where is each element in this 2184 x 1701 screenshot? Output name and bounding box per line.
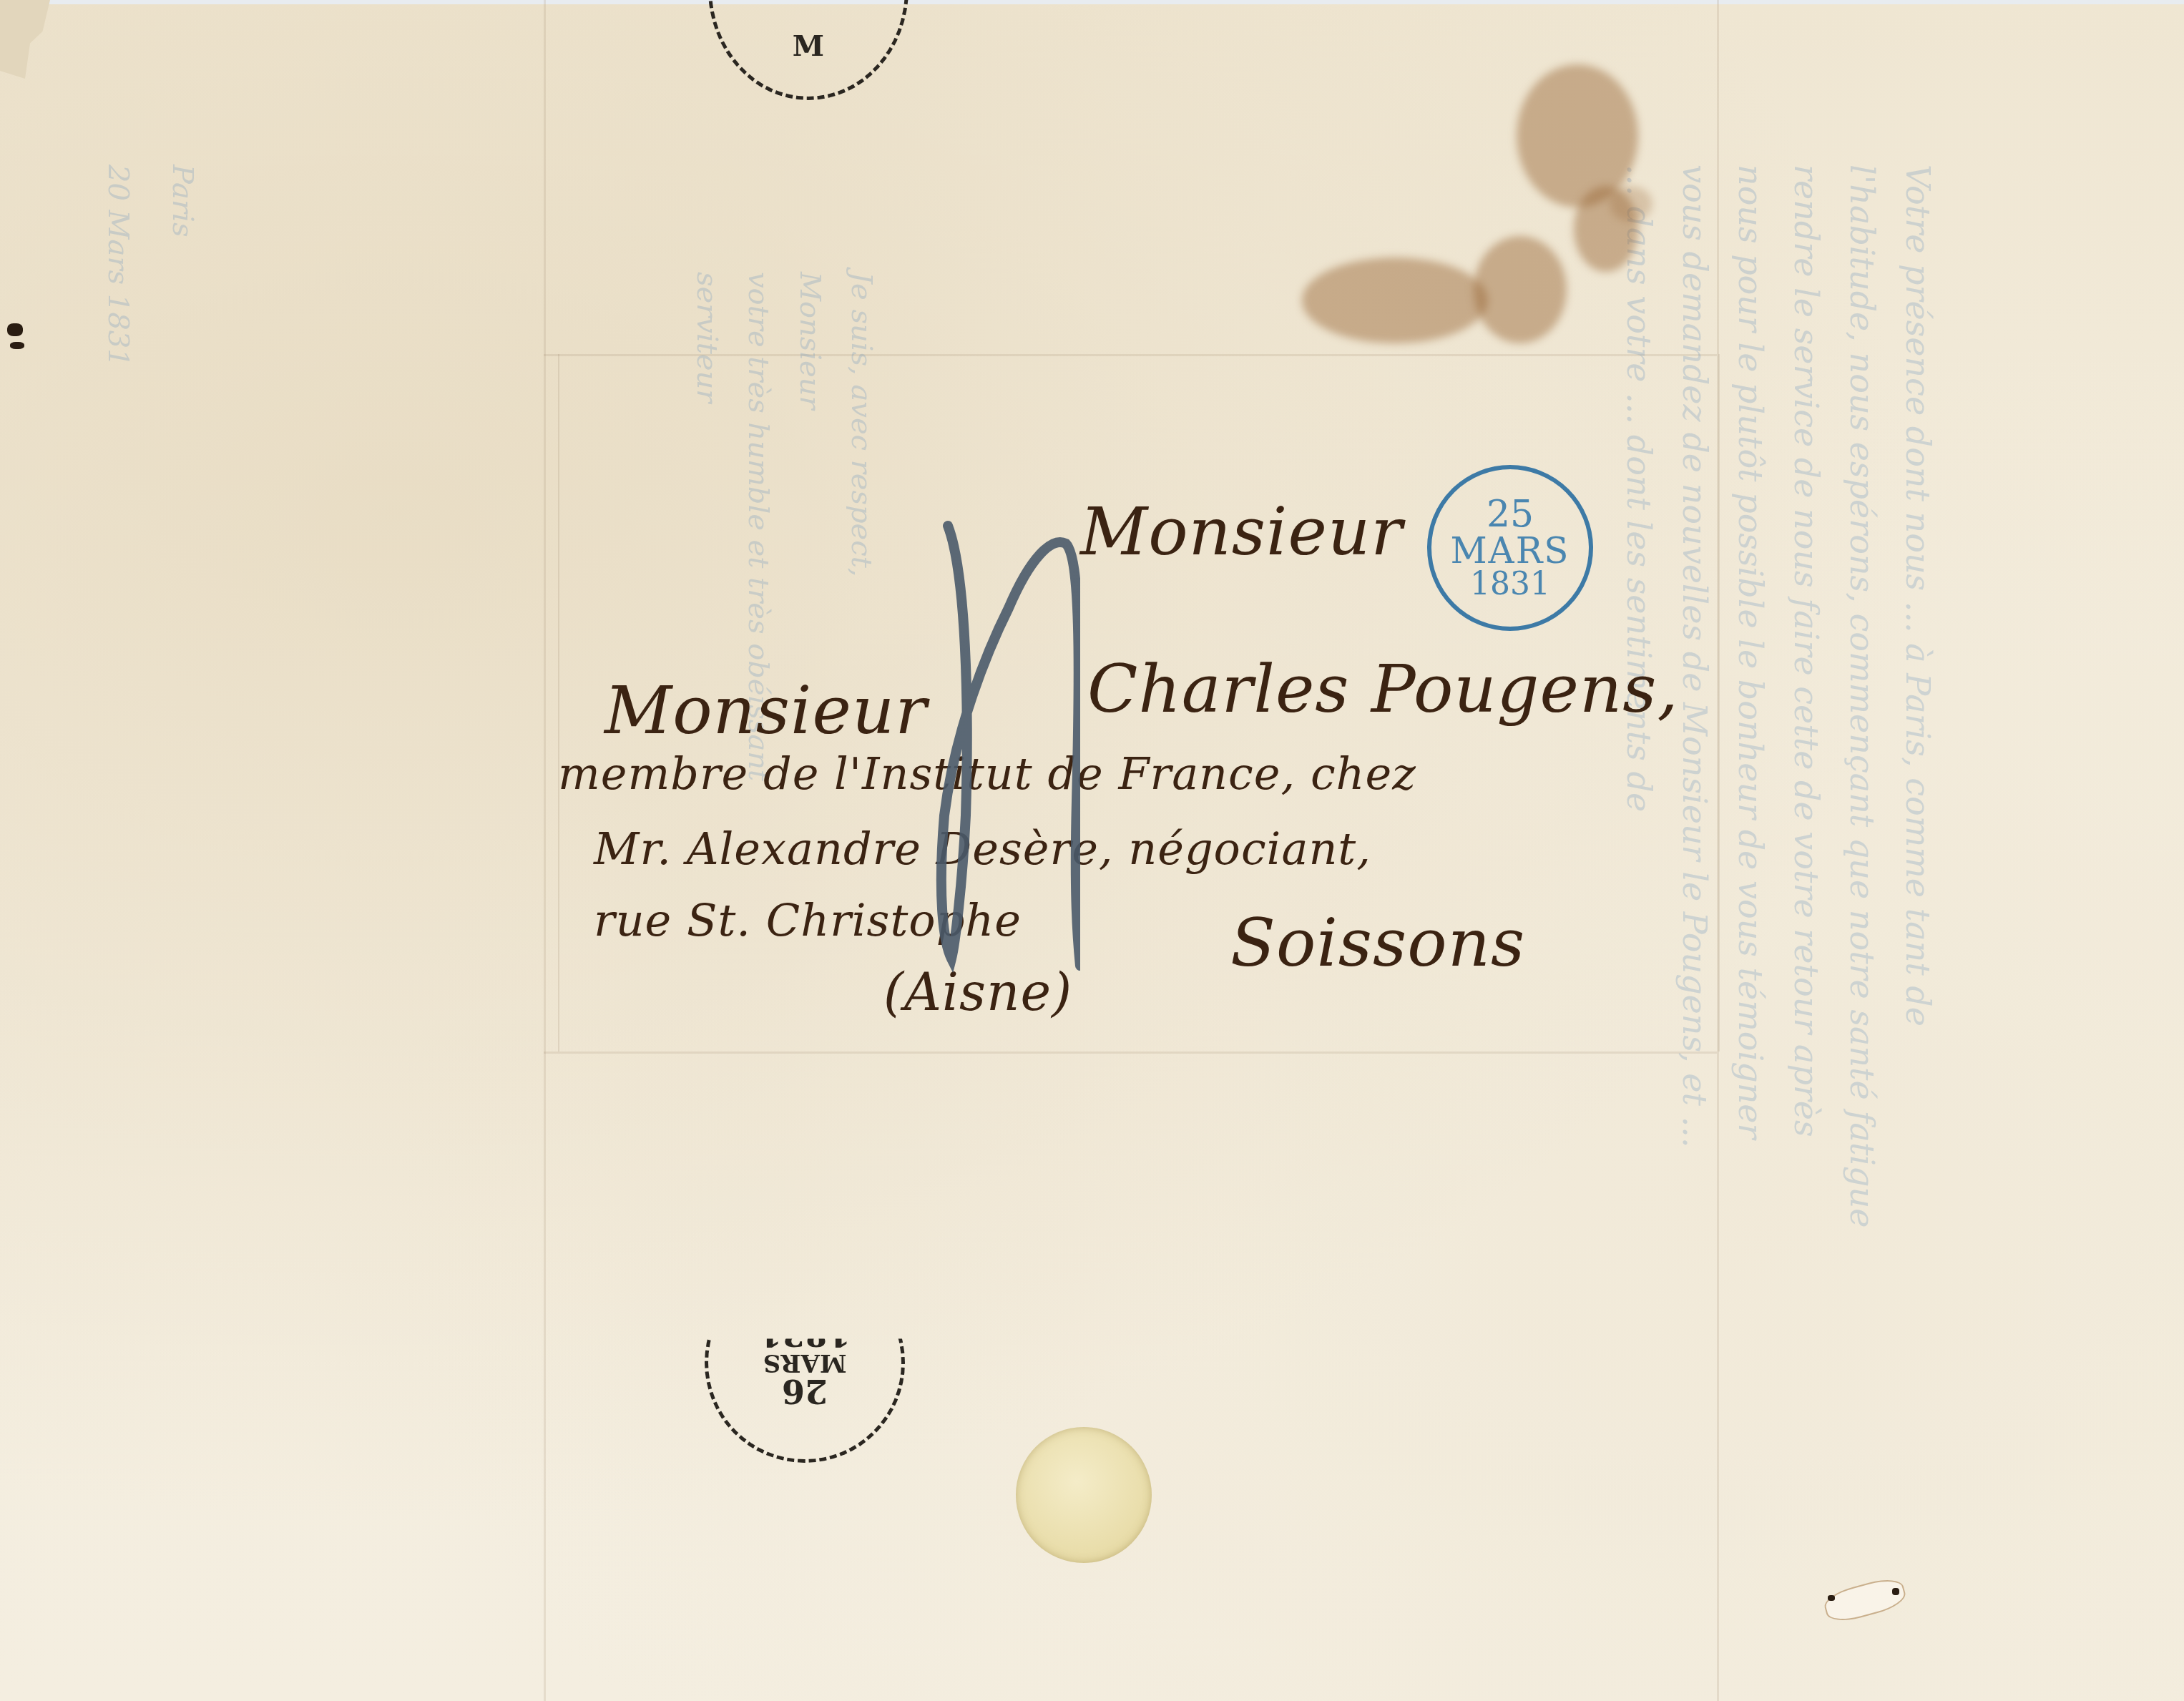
- fold-line: [544, 0, 546, 1701]
- postmark-arrival: 26 MARS 1831: [705, 1263, 905, 1463]
- bleed-through-text: Paris 20 Mars 1831: [86, 165, 215, 367]
- foxing-stain: [1517, 64, 1638, 207]
- postal-rate-mark: [916, 515, 1080, 973]
- letter-sheet: Votre présence dont nous ... à Paris, co…: [0, 0, 2184, 1701]
- addressee-title: Monsieur: [604, 672, 927, 749]
- ink-blot: [1828, 1595, 1835, 1601]
- address-city: Soissons: [1230, 905, 1525, 981]
- scan-edge: [0, 0, 2184, 4]
- torn-corner: [0, 0, 50, 79]
- fold-line: [544, 1052, 1717, 1054]
- salutation: Monsieur: [1080, 494, 1403, 570]
- postmark-partial: M: [708, 0, 909, 100]
- addressee-name: Charles Pougens,: [1087, 651, 1679, 727]
- wafer-seal: [1016, 1427, 1152, 1563]
- wax-fleck: [1821, 1574, 1909, 1626]
- ink-blot: [10, 342, 24, 349]
- ink-blot: [1892, 1588, 1899, 1595]
- foxing-stain: [1610, 186, 1652, 222]
- ink-blot: [7, 323, 23, 336]
- foxing-stain: [1302, 258, 1488, 343]
- postmark-departure: 25 MARS 1831: [1427, 465, 1593, 631]
- foxing-stain: [1474, 236, 1567, 343]
